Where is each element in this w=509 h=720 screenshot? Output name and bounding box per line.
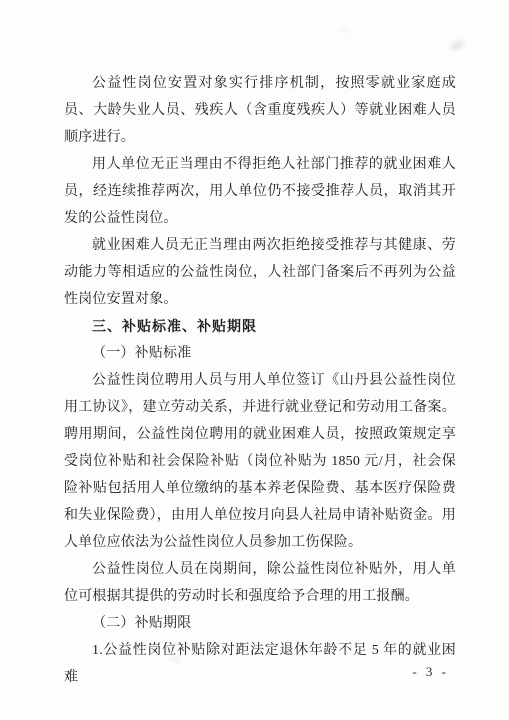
paragraph: 公益性岗位人员在岗期间，除公益性岗位补贴外，用人单位可根据其提供的劳动时长和强度…	[64, 556, 456, 610]
paragraph: 公益性岗位安置对象实行排序机制，按照零就业家庭成员、大龄失业人员、残疾人（含重度…	[64, 70, 456, 151]
paragraph: 公益性岗位聘用人员与用人单位签订《山丹县公益性岗位用工协议》，建立劳动关系，并进…	[64, 367, 456, 556]
paragraph: （二）补贴期限	[64, 610, 456, 637]
paragraph: （一）补贴标准	[64, 340, 456, 367]
section-heading: 三、补贴标准、补贴期限	[64, 313, 456, 340]
page-number: - 3 -	[412, 664, 449, 680]
document-body: 公益性岗位安置对象实行排序机制，按照零就业家庭成员、大龄失业人员、残疾人（含重度…	[64, 70, 456, 691]
paragraph: 就业困难人员无正当理由两次拒绝接受推荐与其健康、劳动能力等相适应的公益性岗位，人…	[64, 232, 456, 313]
scanned-document-page: 公益性岗位安置对象实行排序机制，按照零就业家庭成员、大龄失业人员、残疾人（含重度…	[0, 0, 509, 720]
paragraph: 用人单位无正当理由不得拒绝人社部门推荐的就业困难人员，经连续推荐两次，用人单位仍…	[64, 151, 456, 232]
scan-smudge	[340, 28, 349, 32]
paragraph: 1.公益性岗位补贴除对距法定退休年龄不足 5 年的就业困难	[64, 637, 456, 691]
scan-smudge	[448, 39, 465, 53]
